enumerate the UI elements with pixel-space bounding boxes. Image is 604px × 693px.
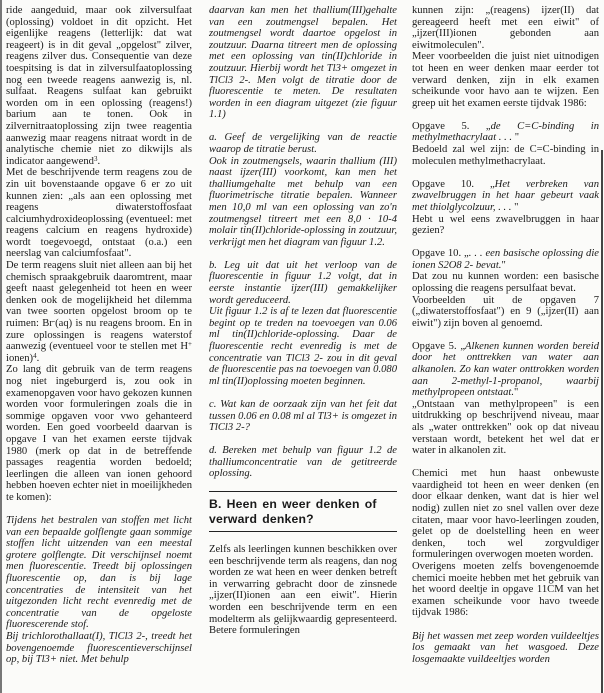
paragraph: Met de beschrijvende term reagens zou de…: [6, 167, 192, 260]
exam-quote-paragraph: Tijdens het bestralen van stoffen met li…: [6, 515, 192, 631]
paragraph: Chemici met hun haast onbewuste vaardigh…: [412, 468, 599, 561]
exam-citation: Opgave 10. „. . . een basische oplossing…: [412, 248, 599, 271]
paragraph: kunnen zijn: „(reagens) ijzer(II) dat ge…: [412, 5, 599, 51]
document-page: ride aangeduid, maar ook zilversulfaat (…: [0, 0, 604, 693]
exam-quote-paragraph: Bij het wassen met zeep worden vuildeelt…: [412, 631, 599, 666]
paragraph: Hebt u wel eens zwavelbruggen in haar ge…: [412, 214, 599, 237]
page-left-border: [0, 0, 2, 693]
paragraph: „Ontstaan van methylpropeen" is een uitd…: [412, 399, 599, 457]
exam-citation: Opgave 5. „de C=C-binding in methylmetha…: [412, 121, 599, 144]
paragraph: ride aangeduid, maar ook zilversulfaat (…: [6, 5, 192, 167]
column-1: ride aangeduid, maar ook zilversulfaat (…: [6, 5, 192, 666]
column-2: daarvan kan men het thallium(III)gehalte…: [209, 5, 397, 637]
section-heading: B. Heen en weer denken of verward denken…: [209, 492, 397, 531]
column-3: kunnen zijn: „(reagens) ijzer(II) dat ge…: [412, 5, 599, 665]
exam-quote-paragraph: Uit figuur 1.2 is af te lezen dat fluore…: [209, 306, 397, 387]
exam-question-a: a. Geef de vergelijking van de reactie w…: [209, 132, 397, 155]
exam-quote-paragraph: Ook in zoutmengsels, waarin thallium (II…: [209, 156, 397, 249]
page-right-border: [601, 150, 603, 693]
paragraph: De term reagens sluit niet alleen aan bi…: [6, 260, 192, 364]
exam-quote-paragraph: daarvan kan men het thallium(III)gehalte…: [209, 5, 397, 121]
exam-question-c: c. Wat kan de oorzaak zijn van het feit …: [209, 399, 397, 434]
exam-citation: Opgave 5. „Alkenen kunnen worden bereid …: [412, 341, 599, 399]
exam-citation: Opgave 10. „Het verbreken van zwavelbrug…: [412, 179, 599, 214]
exam-quote-paragraph: Bij trichlorothallaat(I), TlCl3 2-, tree…: [6, 631, 192, 666]
paragraph: Voorbeelden uit de opgaven 7 („diwaterst…: [412, 295, 599, 330]
exam-question-d: d. Bereken met behulp van figuur 1.2 de …: [209, 445, 397, 480]
paragraph: Bedoeld zal wel zijn: de C=C-binding in …: [412, 144, 599, 167]
paragraph: Dat zou nu kunnen worden: een basische o…: [412, 271, 599, 294]
paragraph: Zo lang dit gebruik van de term reagens …: [6, 364, 192, 503]
paragraph: Meer voorbeelden die juist niet uitnodig…: [412, 51, 599, 109]
paragraph: Overigens moeten zelfs bovengenoemde che…: [412, 561, 599, 619]
exam-question-b: b. Leg uit dat uit het verloop van de fl…: [209, 260, 397, 306]
paragraph: Zelfs als leerlingen kunnen beschikken o…: [209, 544, 397, 637]
